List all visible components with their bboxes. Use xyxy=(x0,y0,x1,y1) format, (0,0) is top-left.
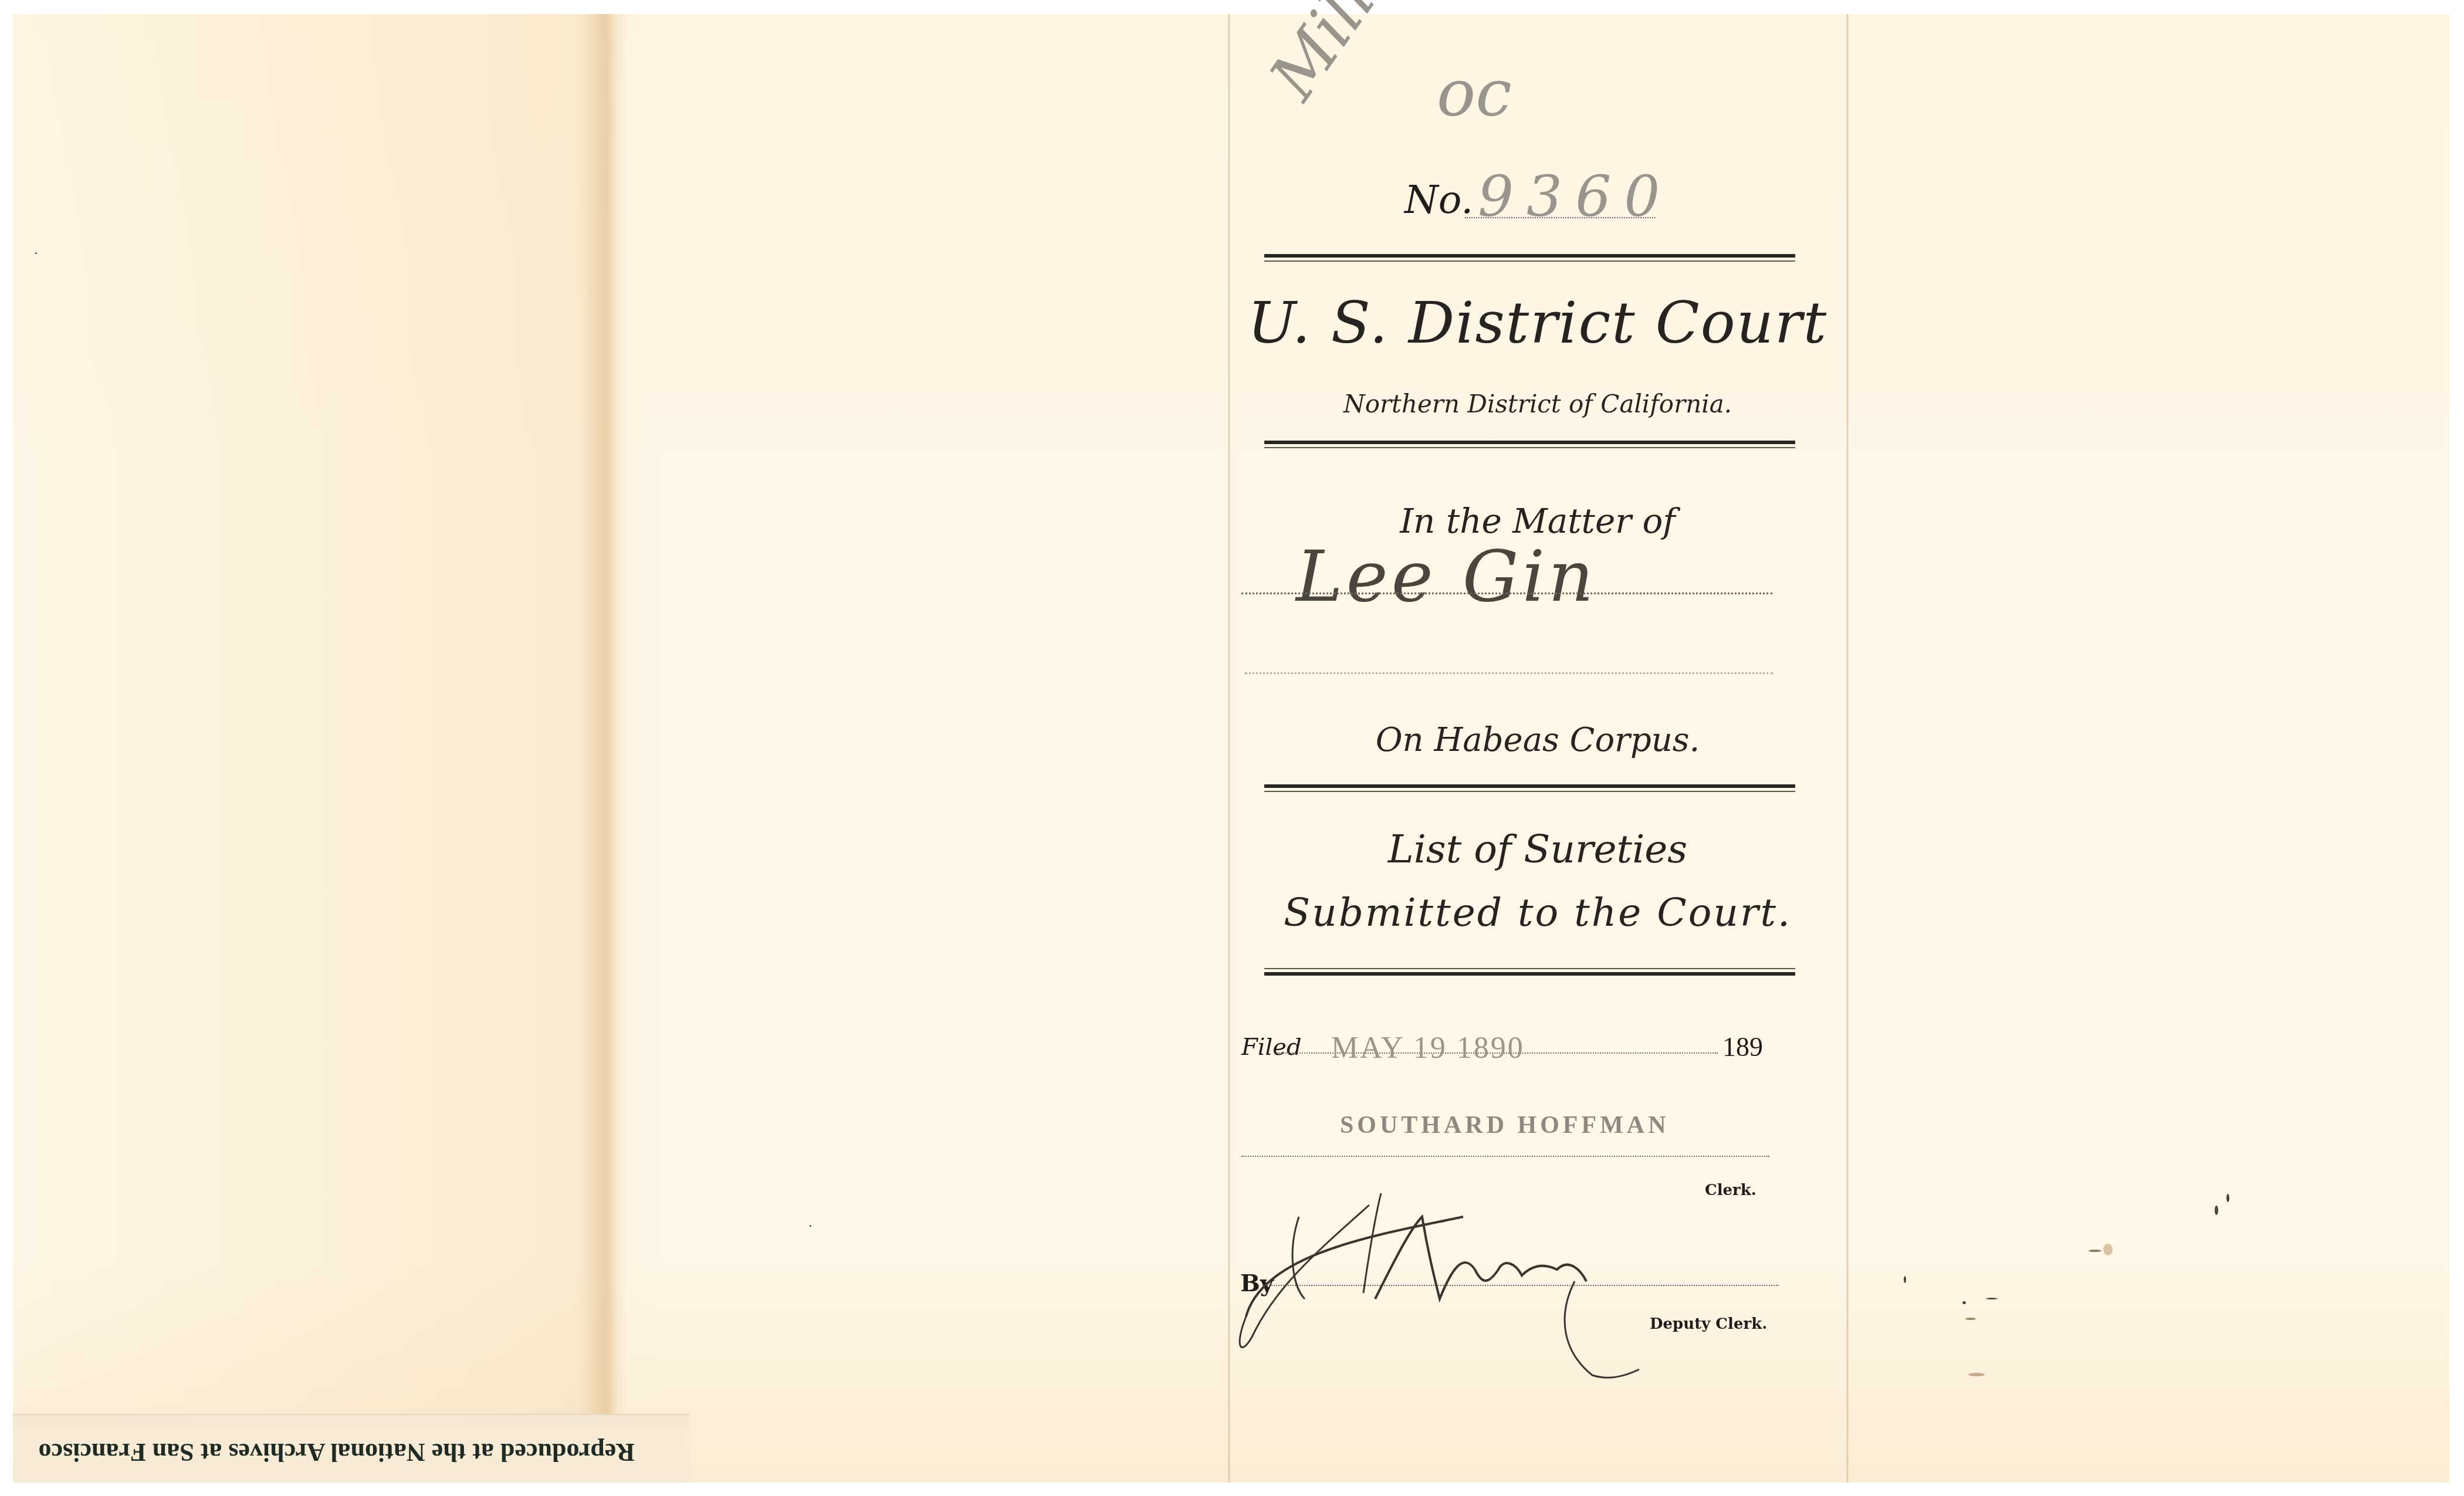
fold-line-left xyxy=(587,14,628,1483)
case-number-label: No. xyxy=(1404,177,1473,222)
paper-speck xyxy=(1904,1276,1906,1283)
year-prefix: 189 xyxy=(1722,1031,1763,1062)
document-title-line2: Submitted to the Court. xyxy=(1228,890,1847,935)
case-number-value: 9360 xyxy=(1478,164,1673,229)
document-title-line1: List of Sureties xyxy=(1228,827,1847,872)
party-name-handwritten: Lee Gin xyxy=(1296,536,1597,618)
deputy-signature-flourish xyxy=(1228,1182,1847,1393)
paper-stain xyxy=(2089,1250,2101,1252)
paper-speck xyxy=(35,252,37,254)
court-title: U. S. District Court xyxy=(1228,290,1847,357)
paper-speck xyxy=(810,1225,811,1227)
pencil-note-initials: oc xyxy=(1437,55,1512,130)
paper-speck xyxy=(1986,1298,1998,1299)
court-district: Northern District of California. xyxy=(1228,390,1847,418)
party-name-line xyxy=(1241,593,1772,594)
paper-speck xyxy=(2226,1194,2229,1202)
rule-divider xyxy=(1264,441,1795,448)
paper-stain xyxy=(1968,1373,1985,1376)
filed-date-stamp: MAY 19 1890 xyxy=(1331,1031,1525,1065)
paper-speck xyxy=(1965,1318,1976,1320)
cover-panel: Miller oc No. 9360 U. S. District Court … xyxy=(1228,14,1847,1483)
blank-line xyxy=(1245,672,1773,674)
deputy-clerk-label: Deputy Clerk. xyxy=(1650,1315,1767,1333)
paper-speck xyxy=(2215,1206,2218,1215)
matter-label: In the Matter of xyxy=(1228,501,1847,541)
rule-divider xyxy=(1264,784,1795,792)
paper-speck xyxy=(1962,1301,1966,1304)
archive-label-text: Reproduced at the National Archives at S… xyxy=(48,1437,635,1467)
clerk-line xyxy=(1241,1156,1769,1157)
proceeding-type: On Habeas Corpus. xyxy=(1228,721,1847,759)
pencil-note-name: Miller xyxy=(1255,0,1429,113)
rule-divider xyxy=(1264,968,1795,976)
archive-reproduction-label: Reproduced at the National Archives at S… xyxy=(13,1414,689,1483)
rule-divider xyxy=(1264,254,1795,262)
filed-label: Filed xyxy=(1241,1034,1302,1061)
paper-stain xyxy=(2103,1244,2113,1255)
clerk-name-stamp: SOUTHARD HOFFMAN xyxy=(1340,1111,1670,1139)
